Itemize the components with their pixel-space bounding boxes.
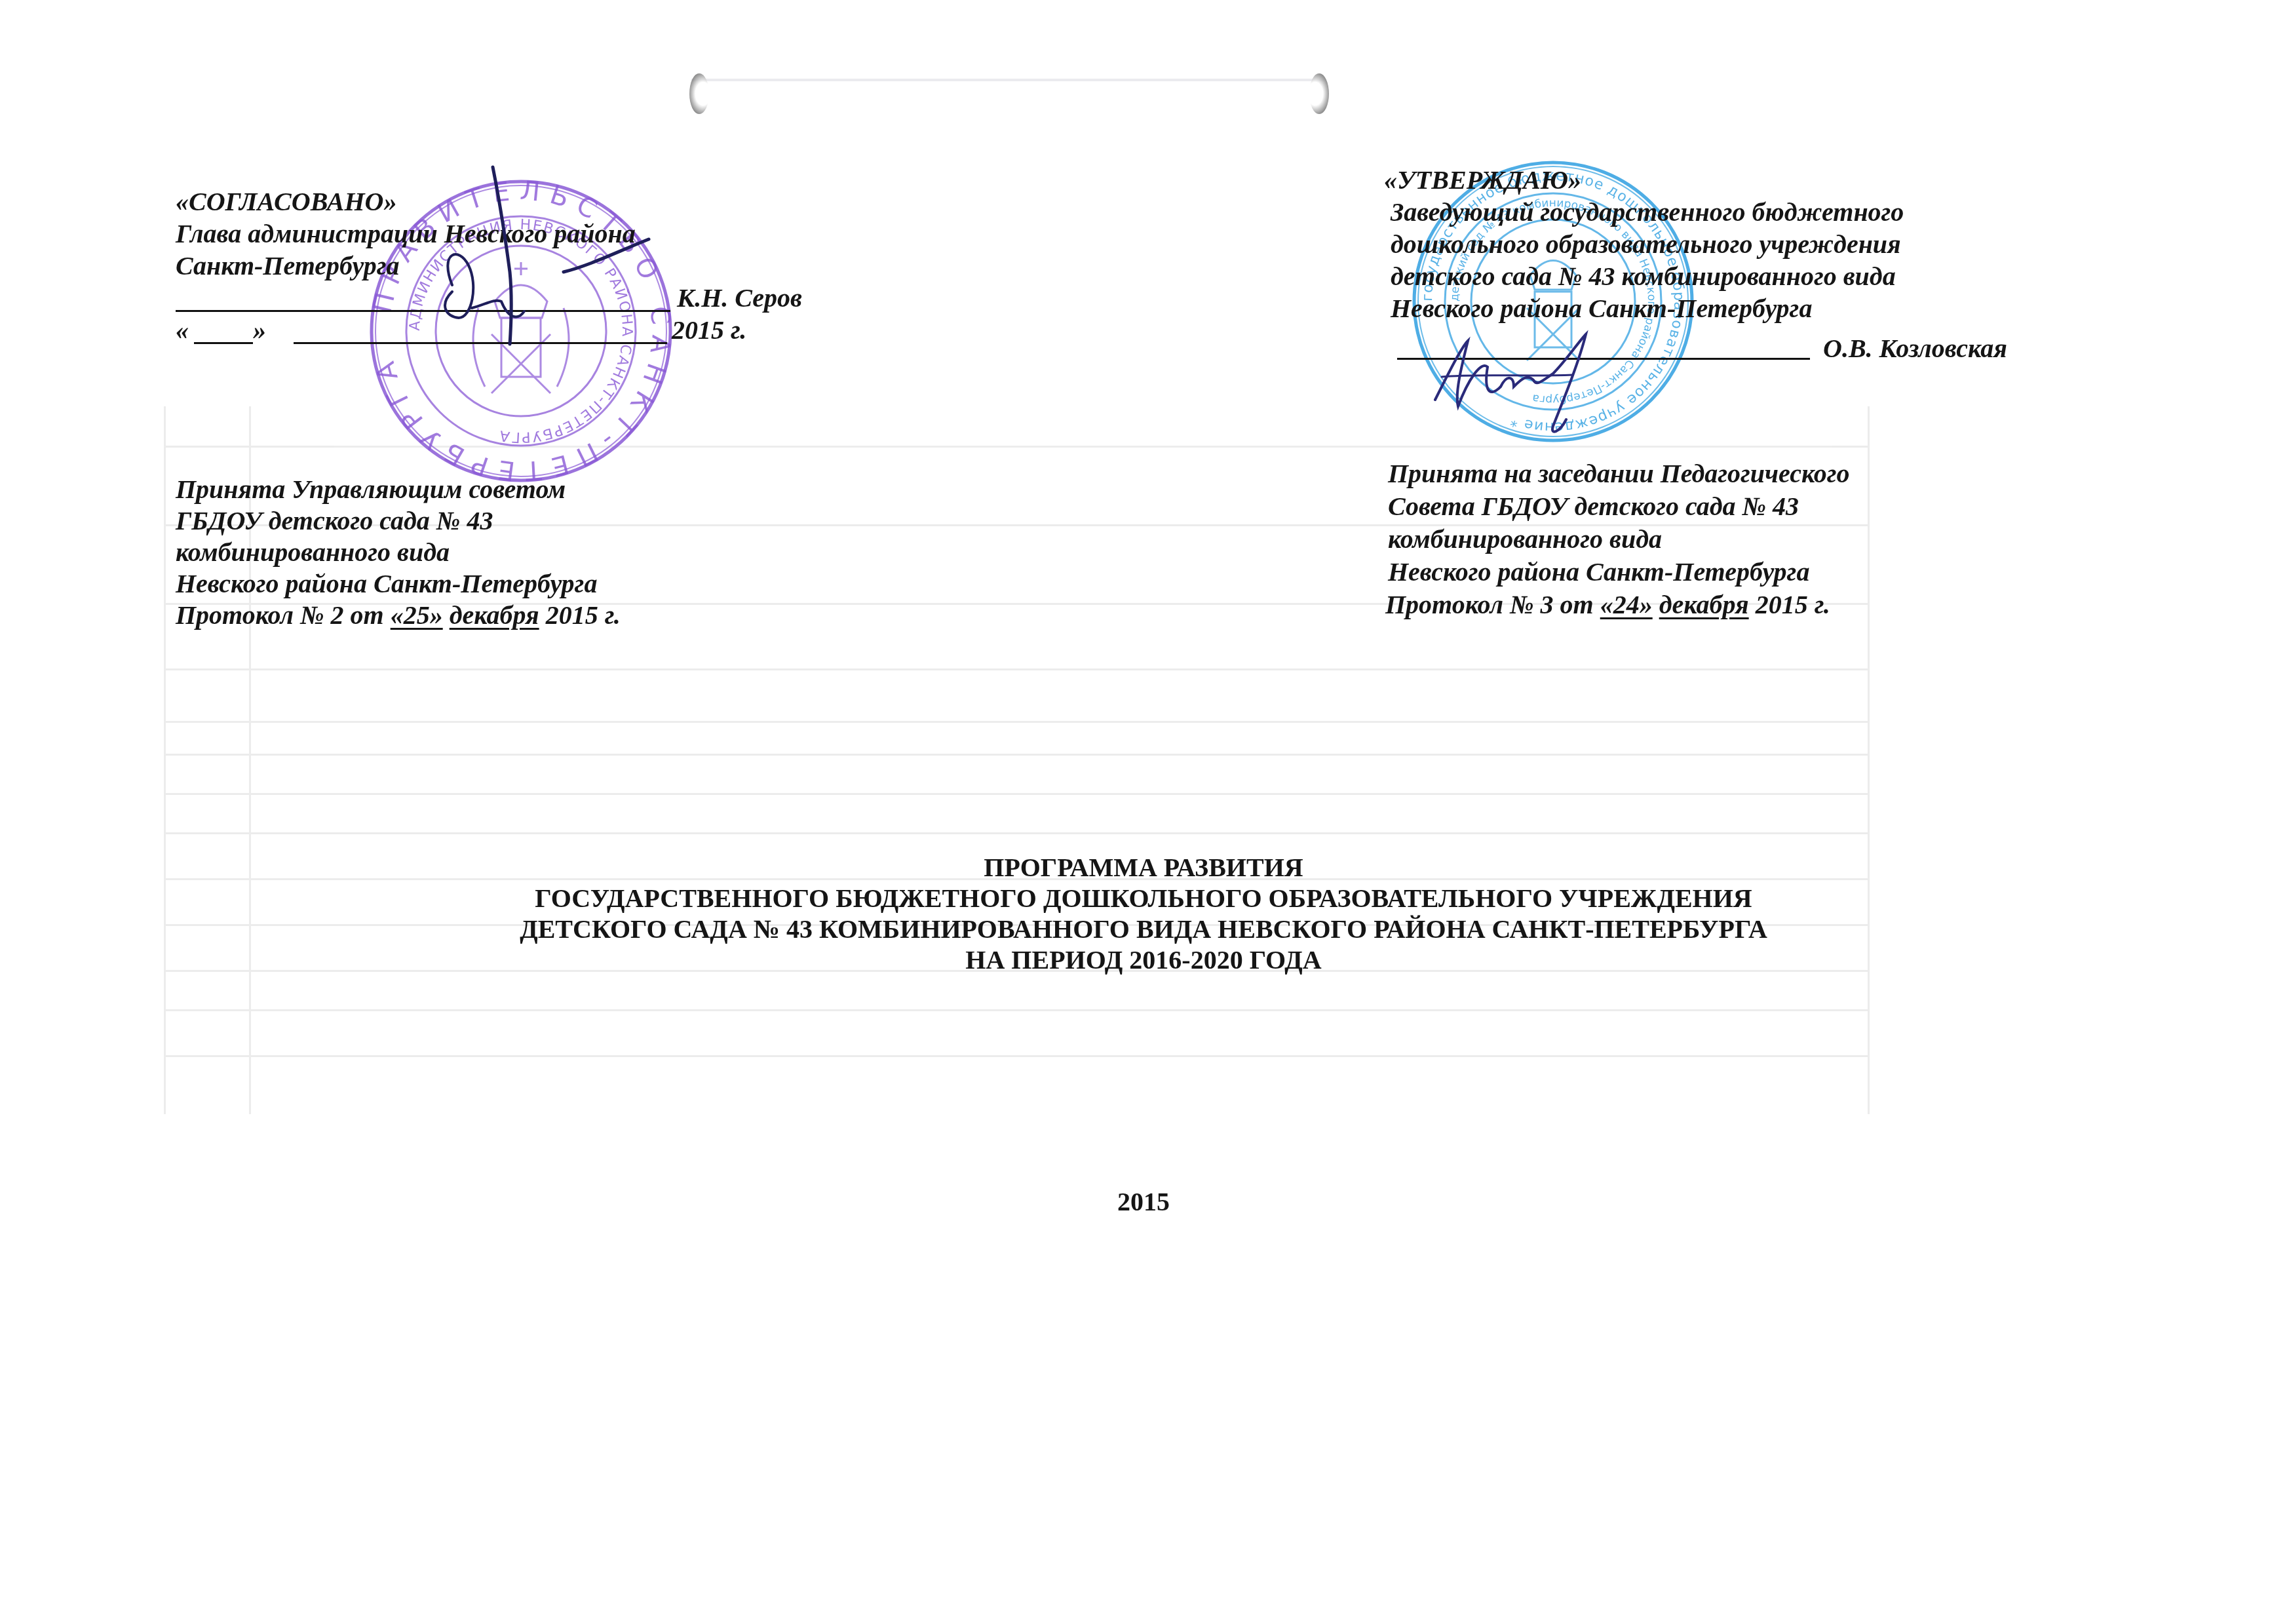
signature-blank [176,309,670,312]
approver-title-line: Санкт-Петербурга [176,250,636,282]
protocol-day: «24» [1600,590,1653,619]
punch-mark [691,79,1324,81]
date-day-blank [194,341,253,344]
title-line: ПРОГРАММА РАЗВИТИЯ [0,852,2270,883]
adoption-line: Совета ГБДОУ детского сада № 43 [1388,490,1850,523]
signature-line-row: О.В. Козловская [1384,324,1897,362]
approval-block-right: «УТВЕРЖДАЮ» Заведующий государственного … [1384,164,1897,362]
signature-line-row: К.Н. Серов [176,282,636,314]
approver-title-line: дошкольного образовательного учреждения [1391,228,1904,260]
title-line: ДЕТСКОГО САДА № 43 КОМБИНИРОВАННОГО ВИДА… [0,914,2270,944]
protocol-day: «25» [391,600,443,630]
adoption-line: Невского района Санкт-Петербурга [1388,556,1850,589]
approval-block-left: «СОГЛАСОВАНО» Глава администрации Невско… [176,185,636,346]
date-year: 2015 г. [672,314,746,346]
protocol-prefix: Протокол № 2 от [176,600,391,630]
adoption-line: Принята Управляющим советом [176,474,621,505]
title-line: ГОСУДАРСТВЕННОГО БЮДЖЕТНОГО ДОШКОЛЬНОГО … [0,883,2270,914]
protocol-year: 2015 г. [1749,590,1830,619]
adoption-line: Принята на заседании Педагогического [1388,457,1850,490]
protocol-prefix: Протокол № 3 от [1385,590,1600,619]
title-line: НА ПЕРИОД 2016-2020 ГОДА [0,944,2270,975]
document-title: ПРОГРАММА РАЗВИТИЯ ГОСУДАРСТВЕННОГО БЮДЖ… [0,852,2270,975]
adoption-line: комбинированного вида [1388,523,1850,556]
protocol-line: Протокол № 2 от «25» декабря 2015 г. [176,600,621,631]
adoption-line: ГБДОУ детского сада № 43 [176,505,621,537]
document-year: 2015 [0,1186,2270,1217]
approval-label: «СОГЛАСОВАНО» [176,185,636,218]
date-quote-open: « [176,314,189,346]
date-row: « » 2015 г. [176,314,636,346]
signatory-name: К.Н. Серов [677,282,802,314]
protocol-month: декабря [1659,590,1749,619]
binder-hole-left [689,73,709,114]
document-page: ПРАВИТЕЛЬСТВО САНКТ-ПЕТЕРБУРГА * АДМИНИС… [0,0,2270,1624]
adoption-line: Невского района Санкт-Петербурга [176,568,621,600]
binder-hole-right [1309,73,1329,114]
date-quote-close: » [253,314,266,346]
adoption-block-left: Принята Управляющим советом ГБДОУ детско… [176,474,621,631]
protocol-line: Протокол № 3 от «24» декабря 2015 г. [1385,589,1847,621]
protocol-month: декабря [450,600,539,630]
approver-title-line: Невского района Санкт-Петербурга [1391,292,1904,324]
approval-label: «УТВЕРЖДАЮ» [1384,164,1897,196]
signatory-name: О.В. Козловская [1823,332,2007,364]
approver-title-line: Заведующий государственного бюджетного [1391,196,1904,228]
protocol-year: 2015 г. [539,600,621,630]
adoption-block-right: Принята на заседании Педагогического Сов… [1388,457,1850,621]
signature-blank [1397,357,1810,360]
approver-title-line: детского сада № 43 комбинированного вида [1391,260,1904,292]
date-month-blank [294,341,667,344]
approver-title-line: Глава администрации Невского района [176,218,636,250]
adoption-line: комбинированного вида [176,537,621,568]
